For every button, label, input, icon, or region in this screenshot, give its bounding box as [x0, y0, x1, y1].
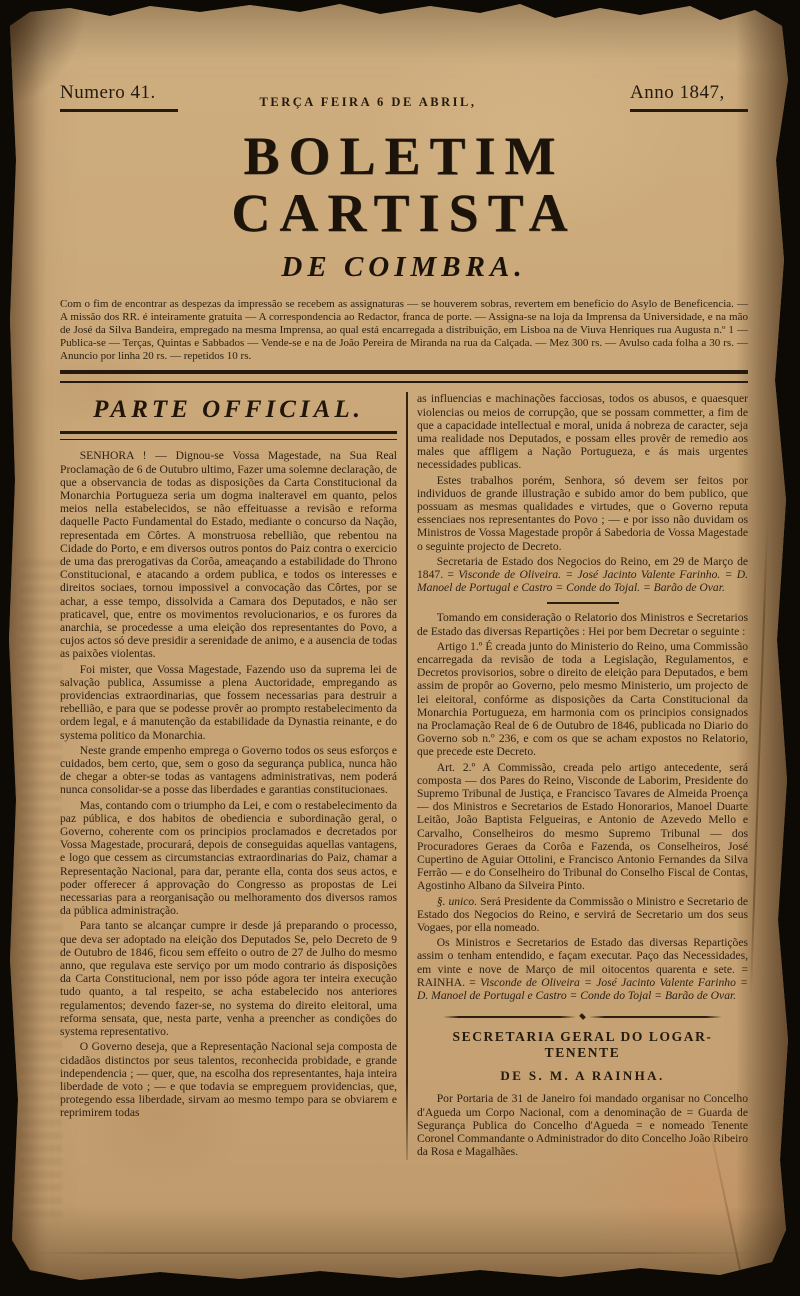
- decree-artigo-2: Art. 2.º A Commissão, creada pelo artigo…: [417, 761, 748, 893]
- paragraph-continuation: as influencias e machinações facciosas, …: [417, 392, 748, 471]
- decree-artigo-1: Artigo 1.º É creada junto do Ministerio …: [417, 640, 748, 759]
- signature-divider-rule: [547, 602, 619, 604]
- secretaria-heading-line1: SECRETARIA GERAL DO LOGAR-TENENTE: [417, 1029, 748, 1061]
- issue-year: Anno 1847,: [630, 82, 748, 104]
- page-corner-shadow: [0, 0, 90, 110]
- unico-label: §. unico.: [437, 895, 477, 908]
- paragraph-para-tanto: Para tanto se alcançar cumpre ir desde j…: [60, 919, 397, 1038]
- issue-year-underline: [630, 109, 748, 112]
- signature-block: Secretaria de Estado dos Negocios do Rei…: [417, 555, 748, 595]
- right-column: as influencias e machinações facciosas, …: [408, 392, 748, 1160]
- paragraph-trabalhos: Estes trabalhos porém, Senhora, só devem…: [417, 474, 748, 553]
- decree-preamble: Tomando em consideração o Relatorio dos …: [417, 611, 748, 637]
- signature-names: Visconde de Oliveira. = José Jacinto Val…: [417, 568, 748, 594]
- left-column: PARTE OFFICIAL. SENHORA ! — Dignou-se Vo…: [60, 392, 406, 1160]
- masthead-title: BOLETIM CARTISTA: [60, 128, 748, 241]
- ornament-line-left: [443, 1016, 576, 1018]
- paper-crease: [750, 520, 769, 1000]
- issue-year-block: Anno 1847,: [630, 82, 748, 112]
- ornament-line-right: [589, 1016, 722, 1018]
- section-title-rule: [60, 431, 397, 440]
- secretaria-paragraph: Por Portaria de 31 de Janeiro foi mandad…: [417, 1092, 748, 1158]
- masthead-double-rule: [60, 370, 748, 383]
- issue-date: TERÇA FEIRA 6 DE ABRIL,: [260, 95, 477, 112]
- imprint-text: Com o fim de encontrar as despezas da im…: [60, 298, 748, 362]
- ornamental-divider: [443, 1013, 722, 1020]
- page-header: Numero 41. TERÇA FEIRA 6 DE ABRIL, Anno …: [60, 82, 748, 112]
- masthead-subtitle: DE COIMBRA.: [60, 251, 748, 284]
- bleed-through-texture: [20, 560, 62, 1220]
- paragraph-governo-deseja: O Governo deseja, que a Representação Na…: [60, 1040, 397, 1119]
- ornament-diamond: [579, 1013, 586, 1020]
- newspaper-page-scan: Numero 41. TERÇA FEIRA 6 DE ABRIL, Anno …: [0, 0, 800, 1296]
- body-columns: PARTE OFFICIAL. SENHORA ! — Dignou-se Vo…: [60, 392, 748, 1160]
- secretaria-heading-line2: DE S. M. A RAINHA.: [417, 1068, 748, 1084]
- section-title: PARTE OFFICIAL.: [60, 396, 397, 424]
- page-content: Numero 41. TERÇA FEIRA 6 DE ABRIL, Anno …: [60, 82, 748, 1160]
- paragraph-senhora: SENHORA ! — Dignou-se Vossa Magestade, n…: [60, 449, 397, 660]
- paragraph-mas-contando: Mas, contando com o triumpho da Lei, e c…: [60, 799, 397, 918]
- paragraph-foi-mister: Foi mister, que Vossa Magestade, Fazendo…: [60, 663, 397, 742]
- paragraph-neste-empenho: Neste grande empenho emprega o Governo t…: [60, 744, 397, 797]
- paper-crease: [30, 1252, 760, 1254]
- decree-closing: Os Ministros e Secretarios de Estado das…: [417, 936, 748, 1002]
- decree-paragrafo-unico: §. unico. Será Presidente da Commissão o…: [417, 895, 748, 935]
